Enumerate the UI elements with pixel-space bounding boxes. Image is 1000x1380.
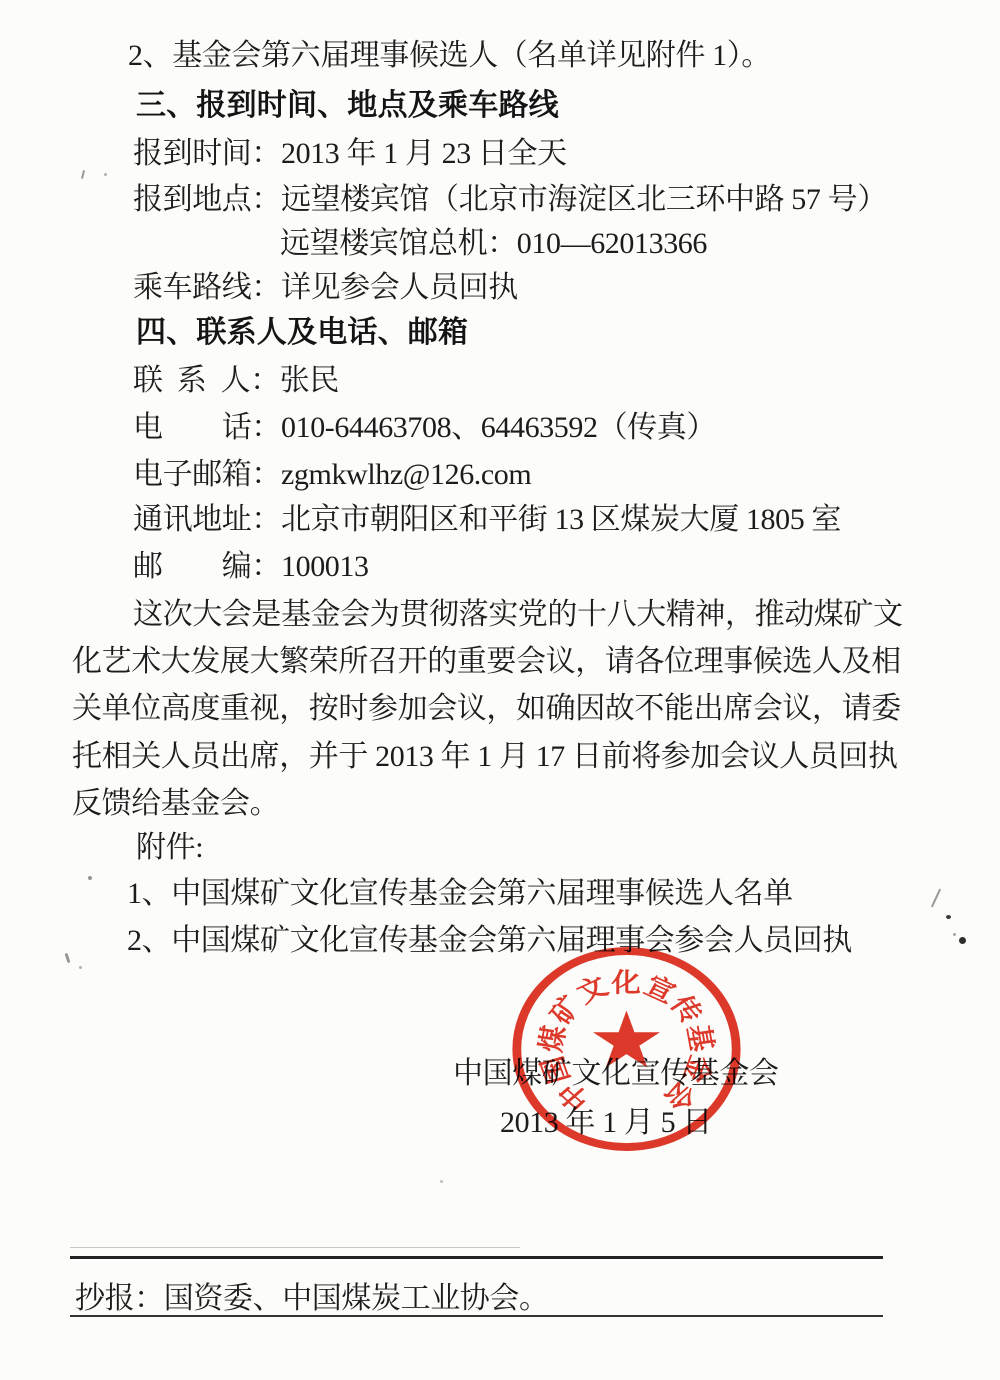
scan-artifact	[931, 889, 941, 908]
closing-paragraph-line: 托相关人员出席，并于 2013 年 1 月 17 日前将参加会议人员回执	[72, 739, 898, 775]
closing-paragraph-line: 关单位高度重视，按时参加会议，如确因故不能出席会议，请委	[72, 691, 901, 727]
report-place-line: 报到地点：远望楼宾馆（北京市海淀区北三环中路 57 号）	[133, 182, 887, 218]
phone-line: 电 话：010-64463708、64463592（传真）	[133, 410, 716, 446]
postcode-line: 邮 编：100013	[133, 549, 369, 585]
hotel-phone-line: 远望楼宾馆总机：010—62013366	[280, 226, 707, 262]
scan-artifact	[440, 1180, 443, 1183]
report-time-line: 报到时间：2013 年 1 月 23 日全天	[133, 136, 567, 172]
scan-artifact	[953, 933, 956, 936]
contact-person-line: 联 系 人：张民	[133, 363, 339, 399]
section3-heading: 三、报到时间、地点及乘车路线	[136, 88, 559, 124]
closing-paragraph-line: 反馈给基金会。	[72, 786, 279, 822]
scan-artifact	[79, 966, 82, 969]
scan-artifact	[946, 915, 951, 919]
scan-artifact-line	[70, 1247, 520, 1248]
star-icon	[593, 1011, 660, 1068]
bus-route-line: 乘车路线：详见参会人员回执	[133, 270, 518, 306]
closing-paragraph-line: 化艺术大发展大繁荣所召开的重要会议，请各位理事候选人及相	[72, 644, 901, 680]
footer-rule-bottom	[70, 1315, 883, 1317]
section4-heading: 四、联系人及电话、邮箱	[136, 315, 468, 351]
footer-rule-top	[70, 1256, 883, 1259]
scan-artifact	[959, 937, 966, 944]
intro-list-item: 2、基金会第六届理事候选人（名单详见附件 1）。	[128, 38, 771, 74]
official-seal: 中国煤矿文化宣传基金会	[509, 944, 744, 1154]
attachments-label: 附件:	[136, 830, 203, 866]
scan-artifact	[104, 173, 107, 176]
document-page: 2、基金会第六届理事候选人（名单详见附件 1）。 三、报到时间、地点及乘车路线 …	[0, 0, 1000, 1380]
closing-paragraph-line: 这次大会是基金会为贯彻落实党的十八大精神，推动煤矿文	[133, 597, 903, 633]
cc-line: 抄报：国资委、中国煤炭工业协会。	[75, 1281, 549, 1317]
scan-artifact	[88, 876, 92, 880]
email-line: 电子邮箱：zgmkwlhz@126.com	[133, 457, 531, 493]
attachment-item: 1、中国煤矿文化宣传基金会第六届理事候选人名单	[127, 876, 793, 912]
scan-artifact	[81, 170, 85, 179]
scan-artifact	[65, 953, 71, 963]
address-line: 通讯地址：北京市朝阳区和平街 13 区煤炭大厦 1805 室	[133, 502, 841, 538]
